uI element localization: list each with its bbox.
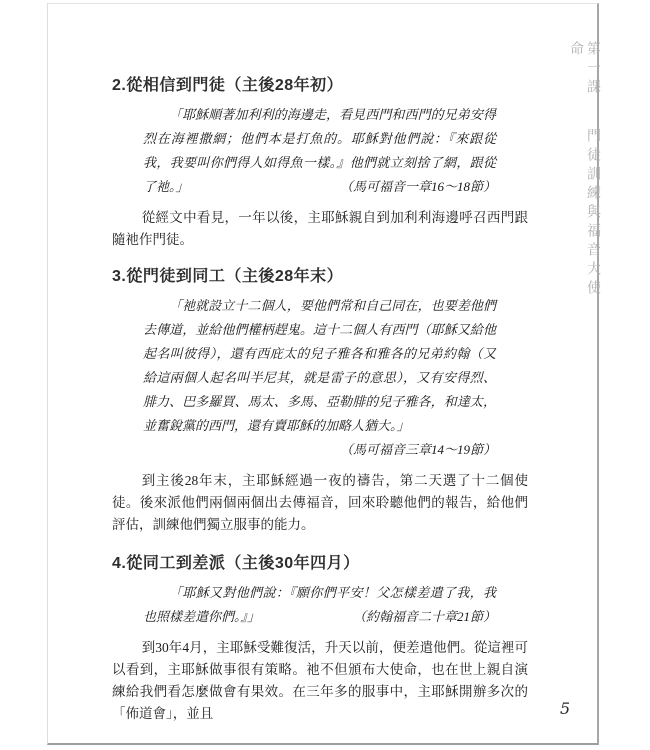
scripture-quote: 「祂就設立十二個人，要他們常和自己同在，也要差他們去傳道，並給他們權柄趕鬼。這十… [143, 294, 496, 462]
scripture-quote-text: 「祂就設立十二個人，要他們常和自己同在，也要差他們去傳道，並給他們權柄趕鬼。這十… [143, 298, 496, 433]
scripture-quote-paragraph: 「祂就設立十二個人，要他們常和自己同在，也要差他們去傳道，並給他們權柄趕鬼。這十… [143, 294, 496, 438]
section-heading: 2.從相信到門徒（主後28年初） [112, 76, 528, 96]
text-column: 2.從相信到門徒（主後28年初） 「耶穌順著加利利的海邊走，看見西門和西門的兄弟… [112, 76, 528, 725]
book-page: 第一課 門徒訓練與福音大使命 2.從相信到門徒（主後28年初） 「耶穌順著加利利… [47, 3, 599, 745]
scripture-quote-paragraph: 「耶穌順著加利利的海邊走，看見西門和西門的兄弟安得烈在海裡撒網；他們本是打魚的。… [143, 103, 496, 199]
page-number: 5 [560, 699, 570, 718]
section-heading: 3.從門徒到同工（主後28年末） [112, 267, 528, 287]
scan-canvas: 第一課 門徒訓練與福音大使命 2.從相信到門徒（主後28年初） 「耶穌順著加利利… [0, 0, 650, 750]
section: 2.從相信到門徒（主後28年初） 「耶穌順著加利利的海邊走，看見西門和西門的兄弟… [112, 76, 528, 251]
scripture-quote: 「耶穌順著加利利的海邊走，看見西門和西門的兄弟安得烈在海裡撒網；他們本是打魚的。… [143, 103, 496, 199]
section: 4.從同工到差派（主後30年四月） 「耶穌又對他們說：『願你們平安！父怎樣差遣了… [112, 554, 528, 725]
scripture-reference: （約翰福音二十章21節） [327, 605, 496, 629]
scripture-reference: （馬可福音一章16～18節） [314, 175, 496, 199]
margin-caption: 第一課 門徒訓練與福音大使命 [567, 41, 601, 301]
section-heading: 4.從同工到差派（主後30年四月） [112, 554, 528, 574]
body-paragraph: 到主後28年末，主耶穌經過一夜的禱告，第二天選了十二個使徒。後來派他們兩個兩個出… [112, 470, 528, 536]
scripture-quote-paragraph: 「耶穌又對他們說：『願你們平安！父怎樣差遣了我，我也照樣差遣你們。』」（約翰福音… [143, 581, 496, 629]
scripture-quote: 「耶穌又對他們說：『願你們平安！父怎樣差遣了我，我也照樣差遣你們。』」（約翰福音… [143, 581, 496, 629]
lesson-number-label: 第一課 [585, 41, 600, 98]
body-paragraph: 從經文中看見，一年以後，主耶穌親自到加利利海邊呼召西門跟隨祂作門徒。 [112, 207, 528, 251]
scripture-reference: （馬可福音三章14～19節） [314, 438, 496, 462]
body-paragraph: 到30年4月，主耶穌受難復活，升天以前，便差遣他們。從這裡可以看到，主耶穌做事很… [112, 637, 528, 725]
section: 3.從門徒到同工（主後28年末） 「祂就設立十二個人，要他們常和自己同在，也要差… [112, 267, 528, 536]
